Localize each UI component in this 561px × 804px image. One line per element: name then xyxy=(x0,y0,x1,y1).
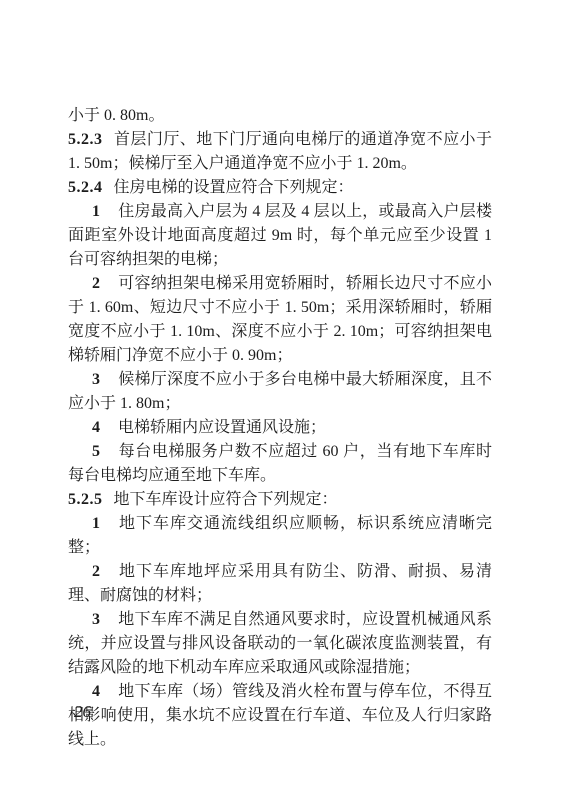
clause-text: 住房最高入户层为 4 层及 4 层以上，或最高入户层楼面距室外设计地面高度超过 … xyxy=(68,203,492,268)
clause-text: 地下车库不满足自然通风要求时，应设置机械通风系统，并应设置与排风设备联动的一氧化… xyxy=(68,611,492,676)
sub-item-paragraph: 1地下车库交通流线组织应顺畅，标识系统应清晰完整； xyxy=(68,512,492,560)
sub-item-paragraph: 3候梯厅深度不应小于多台电梯中最大轿厢深度，且不应小于 1. 80m； xyxy=(68,368,492,416)
page-number: 26 xyxy=(74,701,91,723)
clause-number: 3 xyxy=(92,371,100,388)
clause-number: 5.2.5 xyxy=(68,491,103,508)
clause-paragraph: 5.2.5地下车库设计应符合下列规定： xyxy=(68,488,492,512)
clause-number: 5.2.4 xyxy=(68,179,103,196)
sub-item-paragraph: 4地下车库（场）管线及消火栓布置与停车位，不得互相影响使用，集水坑不应设置在行车… xyxy=(68,680,492,752)
sub-item-paragraph: 5每台电梯服务户数不应超过 60 户，当有地下车库时每台电梯均应通至地下车库。 xyxy=(68,440,492,488)
clause-text: 电梯轿厢内应设置通风设施； xyxy=(118,419,326,436)
document-body: 小于 0. 80m。5.2.3首层门厅、地下门厅通向电梯厅的通道净宽不应小于 1… xyxy=(68,104,492,752)
clause-text: 地下车库（场）管线及消火栓布置与停车位，不得互相影响使用，集水坑不应设置在行车道… xyxy=(68,683,492,748)
sub-item-paragraph: 3地下车库不满足自然通风要求时，应设置机械通风系统，并应设置与排风设备联动的一氧… xyxy=(68,608,492,680)
clause-paragraph: 5.2.3首层门厅、地下门厅通向电梯厅的通道净宽不应小于 1. 50m；候梯厅至… xyxy=(68,128,492,176)
clause-number: 5 xyxy=(92,443,100,460)
clause-text: 地下车库设计应符合下列规定： xyxy=(114,491,338,508)
clause-text: 地下车库交通流线组织应顺畅，标识系统应清晰完整； xyxy=(68,515,492,556)
sub-item-paragraph: 2地下车库地坪应采用具有防尘、防滑、耐损、易清理、耐腐蚀的材料； xyxy=(68,560,492,608)
sub-item-paragraph: 4电梯轿厢内应设置通风设施； xyxy=(68,416,492,440)
clause-text: 小于 0. 80m。 xyxy=(68,107,164,124)
clause-text: 首层门厅、地下门厅通向电梯厅的通道净宽不应小于 1. 50m；候梯厅至入户通道净… xyxy=(68,131,492,172)
continuation-paragraph: 小于 0. 80m。 xyxy=(68,104,492,128)
clause-text: 地下车库地坪应采用具有防尘、防滑、耐损、易清理、耐腐蚀的材料； xyxy=(68,563,492,604)
clause-text: 候梯厅深度不应小于多台电梯中最大轿厢深度，且不应小于 1. 80m； xyxy=(68,371,492,412)
document-page: 小于 0. 80m。5.2.3首层门厅、地下门厅通向电梯厅的通道净宽不应小于 1… xyxy=(0,0,561,804)
clause-number: 2 xyxy=(92,275,100,292)
clause-number: 4 xyxy=(92,683,100,700)
clause-number: 5.2.3 xyxy=(68,131,103,148)
clause-text: 每台电梯服务户数不应超过 60 户，当有地下车库时每台电梯均应通至地下车库。 xyxy=(68,443,492,484)
clause-number: 2 xyxy=(92,563,100,580)
clause-number: 1 xyxy=(92,515,100,532)
sub-item-paragraph: 1住房最高入户层为 4 层及 4 层以上，或最高入户层楼面距室外设计地面高度超过… xyxy=(68,200,492,272)
clause-text: 可容纳担架电梯采用宽轿厢时，轿厢长边尺寸不应小于 1. 60m、短边尺寸不应小于… xyxy=(68,275,492,364)
clause-number: 4 xyxy=(92,419,100,436)
sub-item-paragraph: 2可容纳担架电梯采用宽轿厢时，轿厢长边尺寸不应小于 1. 60m、短边尺寸不应小… xyxy=(68,272,492,368)
clause-number: 3 xyxy=(92,611,100,628)
clause-number: 1 xyxy=(92,203,100,220)
clause-text: 住房电梯的设置应符合下列规定： xyxy=(114,179,354,196)
clause-paragraph: 5.2.4住房电梯的设置应符合下列规定： xyxy=(68,176,492,200)
